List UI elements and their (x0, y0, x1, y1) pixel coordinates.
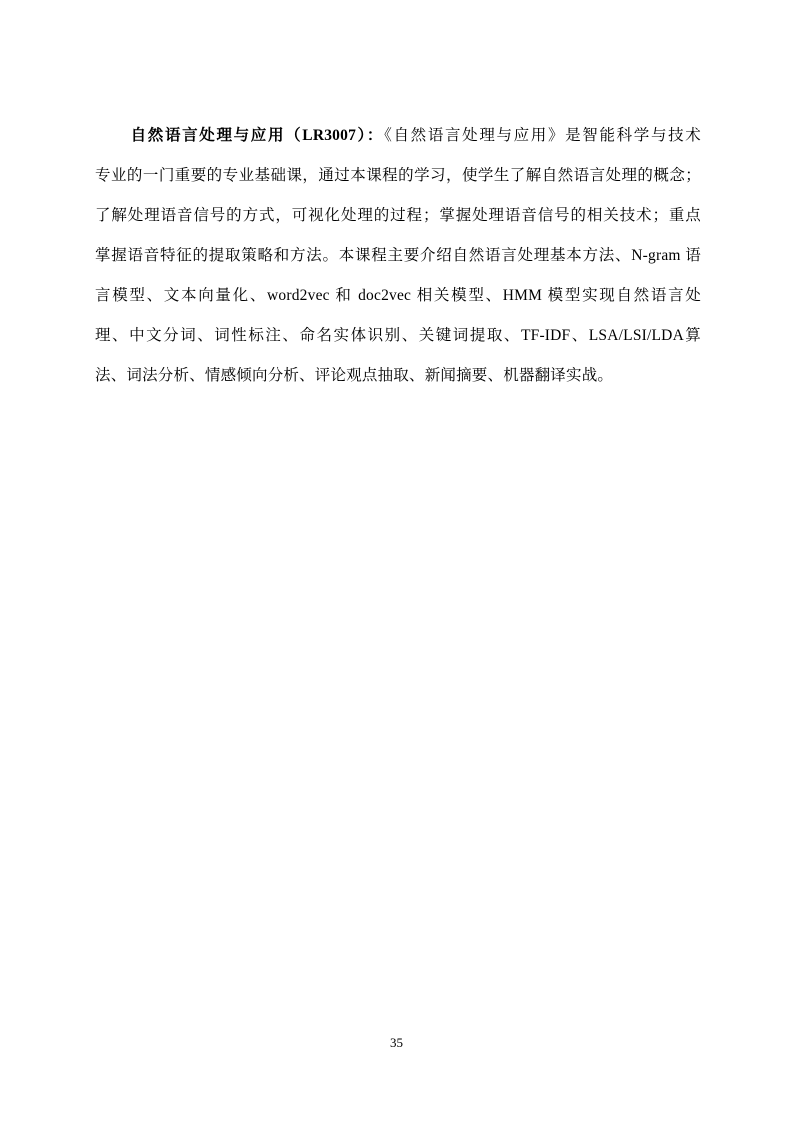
paragraph-line: 法、词法分析、情感倾向分析、评论观点抽取、新闻摘要、机器翻译实战。 (95, 356, 701, 396)
paragraph-line: 理、中文分词、词性标注、命名实体识别、关键词提取、TF-IDF、LSA/LSI/… (95, 316, 701, 356)
paragraph-line: 了解处理语音信号的方式，可视化处理的过程；掌握处理语音信号的相关技术；重点 (95, 196, 701, 236)
paragraph-line: 专业的一门重要的专业基础课，通过本课程的学习，使学生了解自然语言处理的概念； (95, 156, 701, 196)
course-title-heading: 自然语言处理与应用（LR3007）： (131, 127, 384, 144)
document-page: 自然语言处理与应用（LR3007）：《自然语言处理与应用》是智能科学与技术 专业… (0, 0, 793, 1122)
paragraph-line: 自然语言处理与应用（LR3007）：《自然语言处理与应用》是智能科学与技术 (95, 116, 701, 156)
paragraph-line: 言模型、文本向量化、word2vec 和 doc2vec 相关模型、HMM 模型… (95, 276, 701, 316)
page-number: 35 (0, 1034, 793, 1052)
paragraph-line: 掌握语音特征的提取策略和方法。本课程主要介绍自然语言处理基本方法、N-gram … (95, 236, 701, 276)
course-description-paragraph: 自然语言处理与应用（LR3007）：《自然语言处理与应用》是智能科学与技术 专业… (95, 116, 701, 396)
paragraph-line-text: 《自然语言处理与应用》是智能科学与技术 (384, 127, 701, 144)
